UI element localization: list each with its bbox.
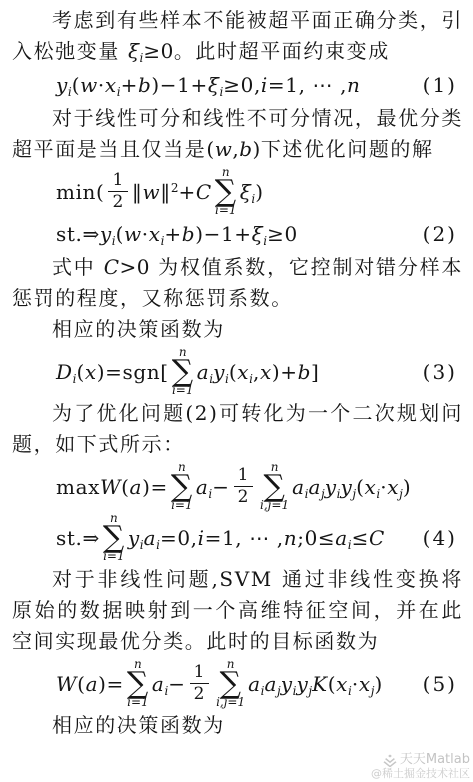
math-token: st.⇒ <box>56 222 100 246</box>
math-token: · <box>352 672 359 696</box>
math-token: xi <box>237 360 253 384</box>
equation-number: (3) <box>423 360 457 384</box>
math-token: i <box>198 526 205 550</box>
math-token: ξi <box>240 180 255 204</box>
math-token: yi <box>128 526 144 550</box>
sum-symbol: n∑i=1 <box>127 659 149 708</box>
math-token: ( <box>206 137 214 161</box>
equation-number: (1) <box>423 73 457 97</box>
math-token: ξi <box>128 39 143 63</box>
math-token: xi <box>336 672 352 696</box>
math-token: ) <box>255 180 263 204</box>
math-token: )+ <box>272 360 298 384</box>
math-token: yi <box>213 360 229 384</box>
math-token: − <box>168 672 185 696</box>
equation: st.⇒n∑i=1yiai=0, i=1, ⋯ , n;0≤ai≤C(4) <box>12 513 463 562</box>
math-token: )−1+ <box>151 73 207 97</box>
math-token: )= <box>98 672 124 696</box>
math-token: )=sgn[ <box>97 360 169 384</box>
math-token: ≥0 <box>267 222 298 246</box>
math-token: xi <box>149 222 165 246</box>
sum-symbol: n∑i=1 <box>103 513 125 562</box>
paragraph: 式中 C>0 为权值系数，它控制对错分样本惩罚的程度，又称惩罚系数。 <box>12 252 463 314</box>
scanned-paper-page: 考虑到有些样本不能被超平面正确分类，引入松弛变量 ξi≥0。此时超平面约束变成y… <box>0 0 473 782</box>
sum-symbol: n∑i=1 <box>172 347 194 396</box>
math-token: + <box>121 73 138 97</box>
math-token: yi <box>281 672 297 696</box>
math-token: ai <box>152 672 168 696</box>
math-token: n <box>347 73 360 97</box>
math-token: n <box>284 526 297 550</box>
math-token: min( <box>56 180 104 204</box>
math-token: ≤ <box>352 526 369 550</box>
math-token: ai <box>144 526 160 550</box>
equation: min(12‖w‖2+Cn∑i=1ξi) <box>12 167 463 216</box>
math-token: ai <box>197 360 213 384</box>
math-token: · <box>142 222 149 246</box>
paragraph: 对于线性可分和线性不可分情况，最优分类超平面是当且仅当是(w,b)下述优化问题的… <box>12 103 463 165</box>
math-token: i <box>261 73 268 97</box>
math-token: − <box>212 475 229 499</box>
equation: Di(x)=sgn[n∑i=1aiyi(xi,x)+b](3) <box>12 347 463 396</box>
math-token: w <box>142 180 160 204</box>
equation-number: (5) <box>423 672 457 696</box>
math-token: b <box>138 73 151 97</box>
math-token: W <box>100 475 121 499</box>
math-token: ( <box>116 222 124 246</box>
math-token: ) <box>253 137 261 161</box>
math-token: W <box>56 672 77 696</box>
math-token: , <box>253 360 260 384</box>
math-token: C <box>196 180 212 204</box>
math-token: yj <box>297 672 313 696</box>
math-token: xi <box>105 73 121 97</box>
math-token: ) <box>403 475 411 499</box>
math-token: yi <box>325 475 341 499</box>
math-token: xj <box>387 475 403 499</box>
math-token: Di <box>56 360 76 384</box>
equation: maxW(a)=n∑i=1ai−12n∑i,j=1aiajyiyj(xi · x… <box>12 462 463 511</box>
math-token: >0 <box>120 255 150 279</box>
math-token: ≥0 <box>143 39 173 63</box>
math-token: ai <box>292 475 308 499</box>
watermark: 天天Matlab @稀土掘金技术社区 <box>371 752 470 780</box>
math-token: ( <box>76 360 84 384</box>
math-token: ;0≤ <box>297 526 335 550</box>
paragraph: 对于非线性问题,SVM 通过非线性变换将原始的数据映射到一个高维特征空间，并在此… <box>12 564 463 657</box>
math-token: xj <box>359 672 375 696</box>
equation: yi(w · xi+b)−1+ξi≥0, i=1, ⋯ , n(1) <box>12 69 463 101</box>
math-token: xi <box>365 475 381 499</box>
fraction: 12 <box>108 171 127 212</box>
math-token: yj <box>340 475 356 499</box>
document-body: 考虑到有些样本不能被超平面正确分类，引入松弛变量 ξi≥0。此时超平面约束变成y… <box>0 0 473 741</box>
math-token: ) <box>374 672 382 696</box>
math-token: ξi <box>252 222 267 246</box>
math-token: ( <box>356 475 364 499</box>
math-token: aj <box>265 672 281 696</box>
math-token: yi <box>100 222 116 246</box>
inline-math: (w,b) <box>206 137 260 161</box>
math-token: yi <box>56 73 72 97</box>
math-token: )−1+ <box>195 222 251 246</box>
math-token: · <box>380 475 387 499</box>
inline-math: C>0 <box>104 255 150 279</box>
math-token: · <box>98 73 105 97</box>
math-token: x <box>85 360 97 384</box>
math-token: ] <box>311 360 319 384</box>
paragraph: 为了优化问题(2)可转化为一个二次规划问题，如下式所示： <box>12 398 463 460</box>
math-token: =1, ⋯ , <box>268 73 347 97</box>
math-token: ai <box>335 526 351 550</box>
math-token: aj <box>308 475 324 499</box>
math-token: C <box>104 255 120 279</box>
paragraph: 相应的决策函数为 <box>12 710 463 741</box>
math-token: ( <box>328 672 336 696</box>
equation-number: (4) <box>423 526 457 550</box>
math-token: a <box>86 672 99 696</box>
math-token: ‖2 <box>160 180 178 204</box>
math-token: max <box>56 475 100 499</box>
math-token: w <box>124 222 142 246</box>
math-token: st.⇒ <box>56 526 100 550</box>
paragraph: 考虑到有些样本不能被超平面正确分类，引入松弛变量 ξi≥0。此时超平面约束变成 <box>12 5 463 67</box>
fraction: 12 <box>190 663 209 704</box>
math-token: ( <box>72 73 80 97</box>
equation: st.⇒yi(w · xi+b)−1+ξi≥0(2) <box>12 218 463 250</box>
math-token: )= <box>142 475 168 499</box>
math-token: b <box>239 137 252 161</box>
sum-symbol: n∑i=1 <box>215 167 237 216</box>
math-token: ‖ <box>132 180 143 204</box>
watermark-brand-line: 天天Matlab <box>371 752 470 767</box>
sum-symbol: n∑i=1 <box>171 462 193 511</box>
watermark-community: @稀土掘金技术社区 <box>371 767 470 780</box>
math-token: ( <box>121 475 129 499</box>
sum-symbol: n∑i,j=1 <box>260 462 289 511</box>
math-token: w <box>80 73 98 97</box>
math-token: x <box>260 360 272 384</box>
equation-number: (2) <box>423 222 457 246</box>
math-token: a <box>130 475 143 499</box>
math-token: K <box>312 672 328 696</box>
math-token: ≥0, <box>223 73 261 97</box>
math-token: =1, ⋯ , <box>205 526 284 550</box>
watermark-brand: 天天Matlab <box>400 752 470 767</box>
math-token: b <box>298 360 311 384</box>
equation: W(a)=n∑i=1ai−12n∑i,j=1aiajyiyjK(xi · xj)… <box>12 659 463 708</box>
math-token: w <box>215 137 233 161</box>
math-token: ( <box>229 360 237 384</box>
math-token: C <box>369 526 385 550</box>
math-token: b <box>182 222 195 246</box>
math-token: ai <box>248 672 264 696</box>
math-token: ai <box>196 475 212 499</box>
sum-symbol: n∑i,j=1 <box>216 659 245 708</box>
paragraph: 相应的决策函数为 <box>12 314 463 345</box>
math-token: ξi <box>208 73 223 97</box>
math-token: + <box>164 222 181 246</box>
math-token: =0, <box>160 526 198 550</box>
math-token: ( <box>77 672 85 696</box>
fraction: 12 <box>234 466 253 507</box>
inline-math: ξi≥0 <box>128 39 174 63</box>
juejin-logo-icon <box>383 753 397 767</box>
math-token: + <box>178 180 195 204</box>
